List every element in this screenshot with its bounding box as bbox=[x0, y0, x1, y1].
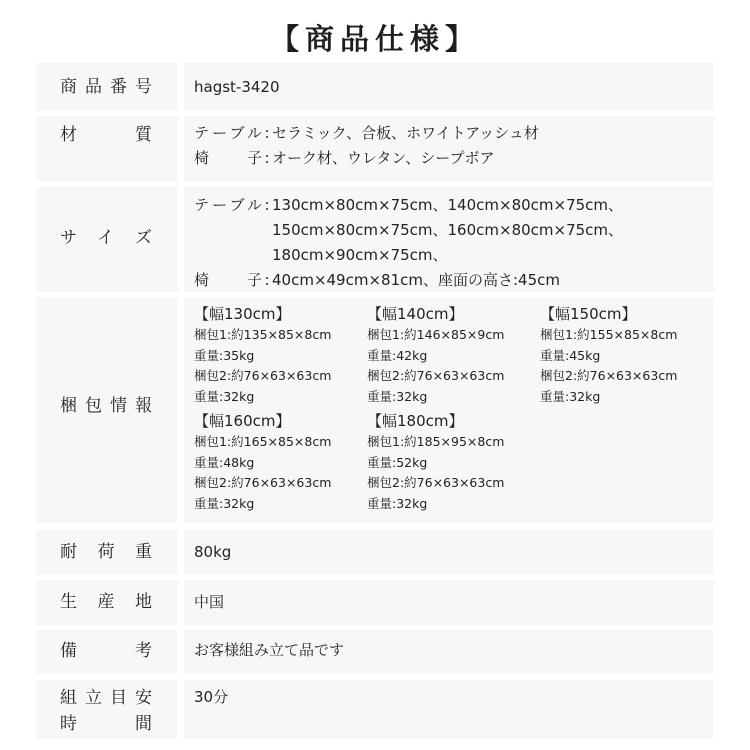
label-origin: 生産地 bbox=[60, 591, 152, 613]
packing-block-160: 【幅160cm】 梱包1:約165×85×8cm 重量:48kg 梱包2:約76… bbox=[194, 410, 366, 514]
size-table-line-2: 150cm×80cm×75cm、160cm×80cm×75cm、 bbox=[194, 218, 714, 243]
packing-line: 梱包1:約155×85×8cm bbox=[540, 325, 712, 346]
packing-line: 梱包2:約76×63×63cm bbox=[540, 366, 712, 387]
size-table-value-3: 180cm×90cm×75cm、 bbox=[272, 246, 448, 264]
value-product-number: hagst-3420 bbox=[194, 75, 714, 100]
packing-line: 梱包1:約146×85×9cm bbox=[367, 325, 539, 346]
sub-label-chair: 椅子 bbox=[194, 268, 262, 293]
packing-line: 梱包2:約76×63×63cm bbox=[367, 366, 539, 387]
value-cell: 30分 bbox=[184, 680, 714, 739]
packing-block-180: 【幅180cm】 梱包1:約185×95×8cm 重量:52kg 梱包2:約76… bbox=[367, 410, 539, 514]
value-cell: 中国 bbox=[184, 580, 714, 625]
packing-line: 重量:35kg bbox=[194, 346, 366, 367]
value-load-capacity: 80kg bbox=[194, 540, 714, 565]
label-notes: 備考 bbox=[60, 640, 152, 662]
row-packing: 梱包情報 【幅130cm】 梱包1:約135×85×8cm 重量:35kg 梱包… bbox=[36, 297, 714, 523]
label-cell: 耐荷重 bbox=[36, 530, 178, 575]
packing-line: 梱包2:約76×63×63cm bbox=[367, 473, 539, 494]
colon: : bbox=[262, 121, 272, 146]
label-cell: 生産地 bbox=[36, 580, 178, 625]
packing-heading: 【幅160cm】 bbox=[194, 410, 366, 432]
value-cell: 【幅130cm】 梱包1:約135×85×8cm 重量:35kg 梱包2:約76… bbox=[184, 297, 714, 523]
packing-line: 重量:42kg bbox=[367, 346, 539, 367]
packing-heading: 【幅140cm】 bbox=[367, 303, 539, 325]
packing-line: 梱包1:約165×85×8cm bbox=[194, 432, 366, 453]
label-assembly-time-line-1: 組立目安 bbox=[60, 685, 152, 711]
material-chair-line: 椅子:オーク材、ウレタン、シープボア bbox=[194, 146, 714, 171]
label-cell: 備考 bbox=[36, 630, 178, 674]
row-assembly-time: 組立目安 時間 30分 bbox=[36, 680, 714, 739]
value-cell: お客様組み立て品です bbox=[184, 630, 714, 674]
colon: : bbox=[262, 268, 272, 293]
packing-block-150: 【幅150cm】 梱包1:約155×85×8cm 重量:45kg 梱包2:約76… bbox=[540, 303, 712, 407]
value-assembly-time: 30分 bbox=[194, 685, 714, 710]
label-assembly-time-line-2: 時間 bbox=[60, 711, 152, 737]
value-cell: hagst-3420 bbox=[184, 63, 714, 111]
label-cell: 商品番号 bbox=[36, 63, 178, 111]
label-cell: 組立目安 時間 bbox=[36, 680, 178, 739]
row-notes: 備考 お客様組み立て品です bbox=[36, 630, 714, 674]
row-material: 材質 テーブル:セラミック、合板、ホワイトアッシュ材 椅子:オーク材、ウレタン、… bbox=[36, 116, 714, 181]
label-material: 材質 bbox=[60, 124, 152, 146]
size-table-line-3: 180cm×90cm×75cm、 bbox=[194, 243, 714, 268]
label-assembly-time: 組立目安 時間 bbox=[60, 685, 152, 737]
packing-line: 重量:48kg bbox=[194, 453, 366, 474]
size-table-value-2: 150cm×80cm×75cm、160cm×80cm×75cm、 bbox=[272, 221, 623, 239]
row-origin: 生産地 中国 bbox=[36, 580, 714, 625]
packing-line: 梱包2:約76×63×63cm bbox=[194, 473, 366, 494]
sub-label-table: テーブル bbox=[194, 121, 262, 146]
packing-line: 重量:45kg bbox=[540, 346, 712, 367]
label-size: サイズ bbox=[60, 227, 152, 249]
value-origin: 中国 bbox=[194, 590, 714, 615]
size-table-value-1: 130cm×80cm×75cm、140cm×80cm×75cm、 bbox=[272, 196, 623, 214]
row-size: サイズ テーブル:130cm×80cm×75cm、140cm×80cm×75cm… bbox=[36, 187, 714, 292]
material-table-value: セラミック、合板、ホワイトアッシュ材 bbox=[272, 124, 539, 142]
packing-block-140: 【幅140cm】 梱包1:約146×85×9cm 重量:42kg 梱包2:約76… bbox=[367, 303, 539, 407]
packing-heading: 【幅180cm】 bbox=[367, 410, 539, 432]
packing-line: 重量:52kg bbox=[367, 453, 539, 474]
packing-block-130: 【幅130cm】 梱包1:約135×85×8cm 重量:35kg 梱包2:約76… bbox=[194, 303, 366, 407]
page-title: 【商品仕様】 bbox=[0, 20, 750, 58]
sub-label-table: テーブル bbox=[194, 193, 262, 218]
value-cell: テーブル:130cm×80cm×75cm、140cm×80cm×75cm、 15… bbox=[184, 187, 714, 292]
label-cell: 梱包情報 bbox=[36, 297, 178, 523]
colon: : bbox=[262, 146, 272, 171]
sub-label-chair: 椅子 bbox=[194, 146, 262, 171]
label-load-capacity: 耐荷重 bbox=[60, 541, 152, 563]
colon: : bbox=[262, 193, 272, 218]
row-load-capacity: 耐荷重 80kg bbox=[36, 530, 714, 575]
label-packing: 梱包情報 bbox=[60, 395, 152, 417]
value-notes: お客様組み立て品です bbox=[194, 638, 714, 663]
row-product-number: 商品番号 hagst-3420 bbox=[36, 63, 714, 111]
packing-line: 梱包1:約135×85×8cm bbox=[194, 325, 366, 346]
packing-line: 重量:32kg bbox=[540, 387, 712, 408]
material-chair-value: オーク材、ウレタン、シープボア bbox=[272, 149, 494, 167]
value-cell: テーブル:セラミック、合板、ホワイトアッシュ材 椅子:オーク材、ウレタン、シープ… bbox=[184, 116, 714, 181]
label-cell: 材質 bbox=[36, 116, 178, 181]
label-cell: サイズ bbox=[36, 187, 178, 292]
size-table-line-1: テーブル:130cm×80cm×75cm、140cm×80cm×75cm、 bbox=[194, 193, 714, 218]
packing-line: 重量:32kg bbox=[367, 387, 539, 408]
value-cell: 80kg bbox=[184, 530, 714, 575]
size-chair-value: 40cm×49cm×81cm、座面の高さ:45cm bbox=[272, 271, 560, 289]
packing-heading: 【幅130cm】 bbox=[194, 303, 366, 325]
size-chair-line: 椅子:40cm×49cm×81cm、座面の高さ:45cm bbox=[194, 268, 714, 293]
packing-line: 重量:32kg bbox=[194, 387, 366, 408]
material-table-line: テーブル:セラミック、合板、ホワイトアッシュ材 bbox=[194, 121, 714, 146]
packing-heading: 【幅150cm】 bbox=[540, 303, 712, 325]
packing-line: 重量:32kg bbox=[194, 494, 366, 515]
packing-line: 梱包1:約185×95×8cm bbox=[367, 432, 539, 453]
label-product-number: 商品番号 bbox=[60, 76, 152, 98]
packing-line: 梱包2:約76×63×63cm bbox=[194, 366, 366, 387]
packing-line: 重量:32kg bbox=[367, 494, 539, 515]
